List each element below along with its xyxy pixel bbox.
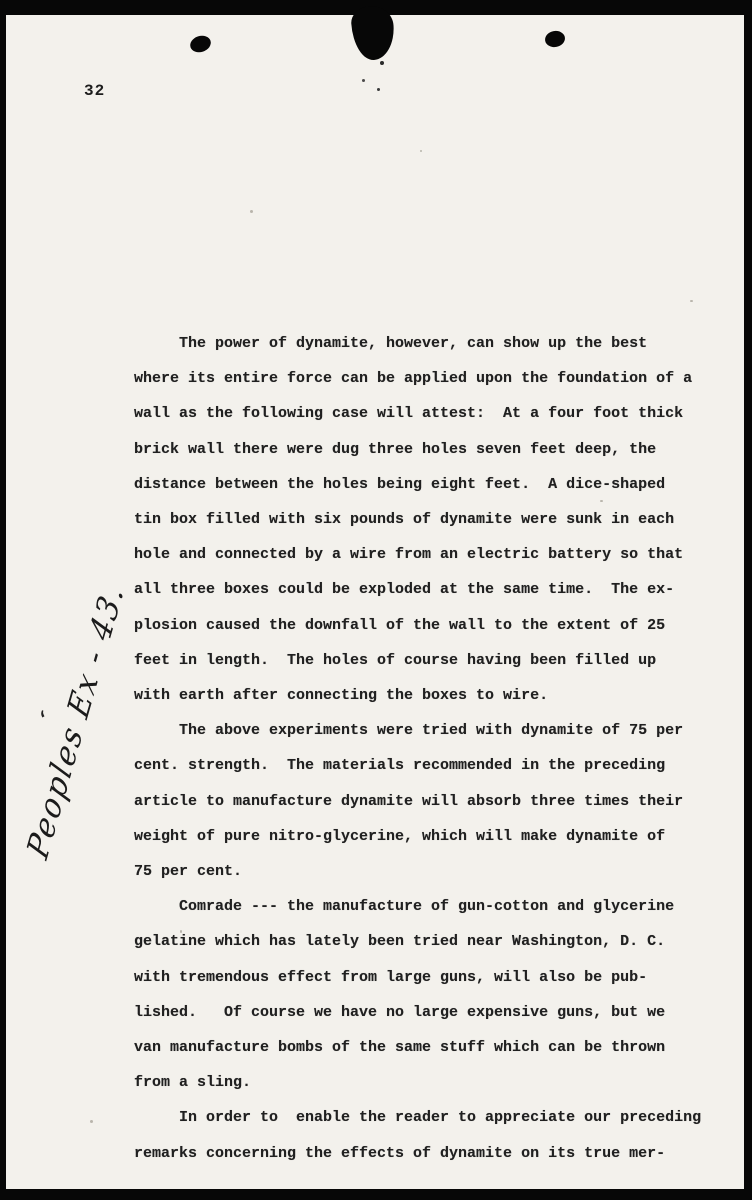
paper-speck [250, 210, 253, 213]
ink-blob-center [350, 5, 396, 62]
scan-border-bottom [0, 1189, 752, 1200]
paper-speck [90, 1120, 93, 1123]
paper-speck [420, 150, 422, 152]
paper-speck [690, 300, 693, 302]
page-number: 32 [84, 82, 105, 100]
scan-border-right [744, 0, 752, 1200]
ink-speck [362, 79, 365, 82]
scan-border-left [0, 0, 6, 1200]
handwritten-exhibit-annotation: Peoples Ex - 43. [19, 571, 133, 872]
ink-speck [377, 88, 380, 91]
typewritten-body-text: The power of dynamite, however, can show… [134, 326, 714, 1171]
stray-pen-mark: ʻ [35, 706, 57, 736]
ink-dot-left [188, 33, 213, 55]
ink-speck [380, 61, 384, 65]
ink-dot-right [544, 29, 566, 48]
scanned-document-page: 32 The power of dynamite, however, can s… [0, 0, 752, 1200]
